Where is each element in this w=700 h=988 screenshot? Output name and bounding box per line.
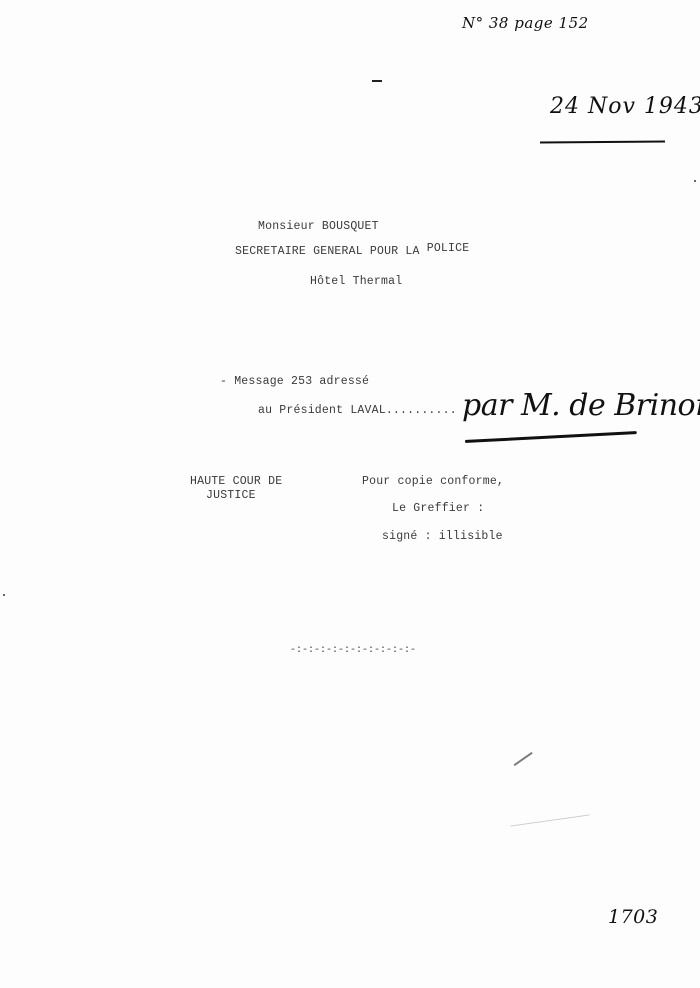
recipient-location: Hôtel Thermal: [310, 275, 402, 288]
scan-speck: [694, 180, 696, 182]
scan-speck: [3, 594, 5, 596]
handwritten-page-number: 1703: [608, 906, 658, 928]
court-name-line2: JUSTICE: [206, 489, 256, 502]
certification-line1: Pour copie conforme,: [362, 475, 504, 488]
recipient-title-main: SECRETAIRE GENERAL POUR LA: [235, 245, 427, 258]
handwritten-reference-note: N° 38 page 152: [462, 14, 589, 32]
separator-line: -:-:-:-:-:-:-:-:-:-:-: [290, 645, 416, 656]
recipient-title-raised: POLICE: [427, 242, 470, 255]
faint-smudge: [510, 814, 589, 826]
message-addressee-line: au Président LAVAL..........: [258, 404, 457, 417]
court-name-line1: HAUTE COUR DE: [190, 475, 282, 488]
stray-pen-mark: [514, 752, 533, 766]
signature-underline: [465, 431, 637, 443]
certification-line2: Le Greffier :: [392, 502, 484, 515]
recipient-title: SECRETAIRE GENERAL POUR LA POLICE: [235, 245, 469, 258]
handwritten-date: 24 Nov 1943: [550, 94, 700, 119]
stray-dash-mark: [372, 80, 382, 82]
certification-line3: signé : illisible: [382, 530, 503, 543]
message-line: - Message 253 adressé: [220, 375, 369, 388]
date-underline: [540, 140, 665, 143]
handwritten-annotation-signature: par M. de Brinon: [462, 388, 700, 423]
document-page: N° 38 page 152 24 Nov 1943 Monsieur BOUS…: [0, 0, 700, 988]
recipient-name: Monsieur BOUSQUET: [258, 220, 379, 233]
